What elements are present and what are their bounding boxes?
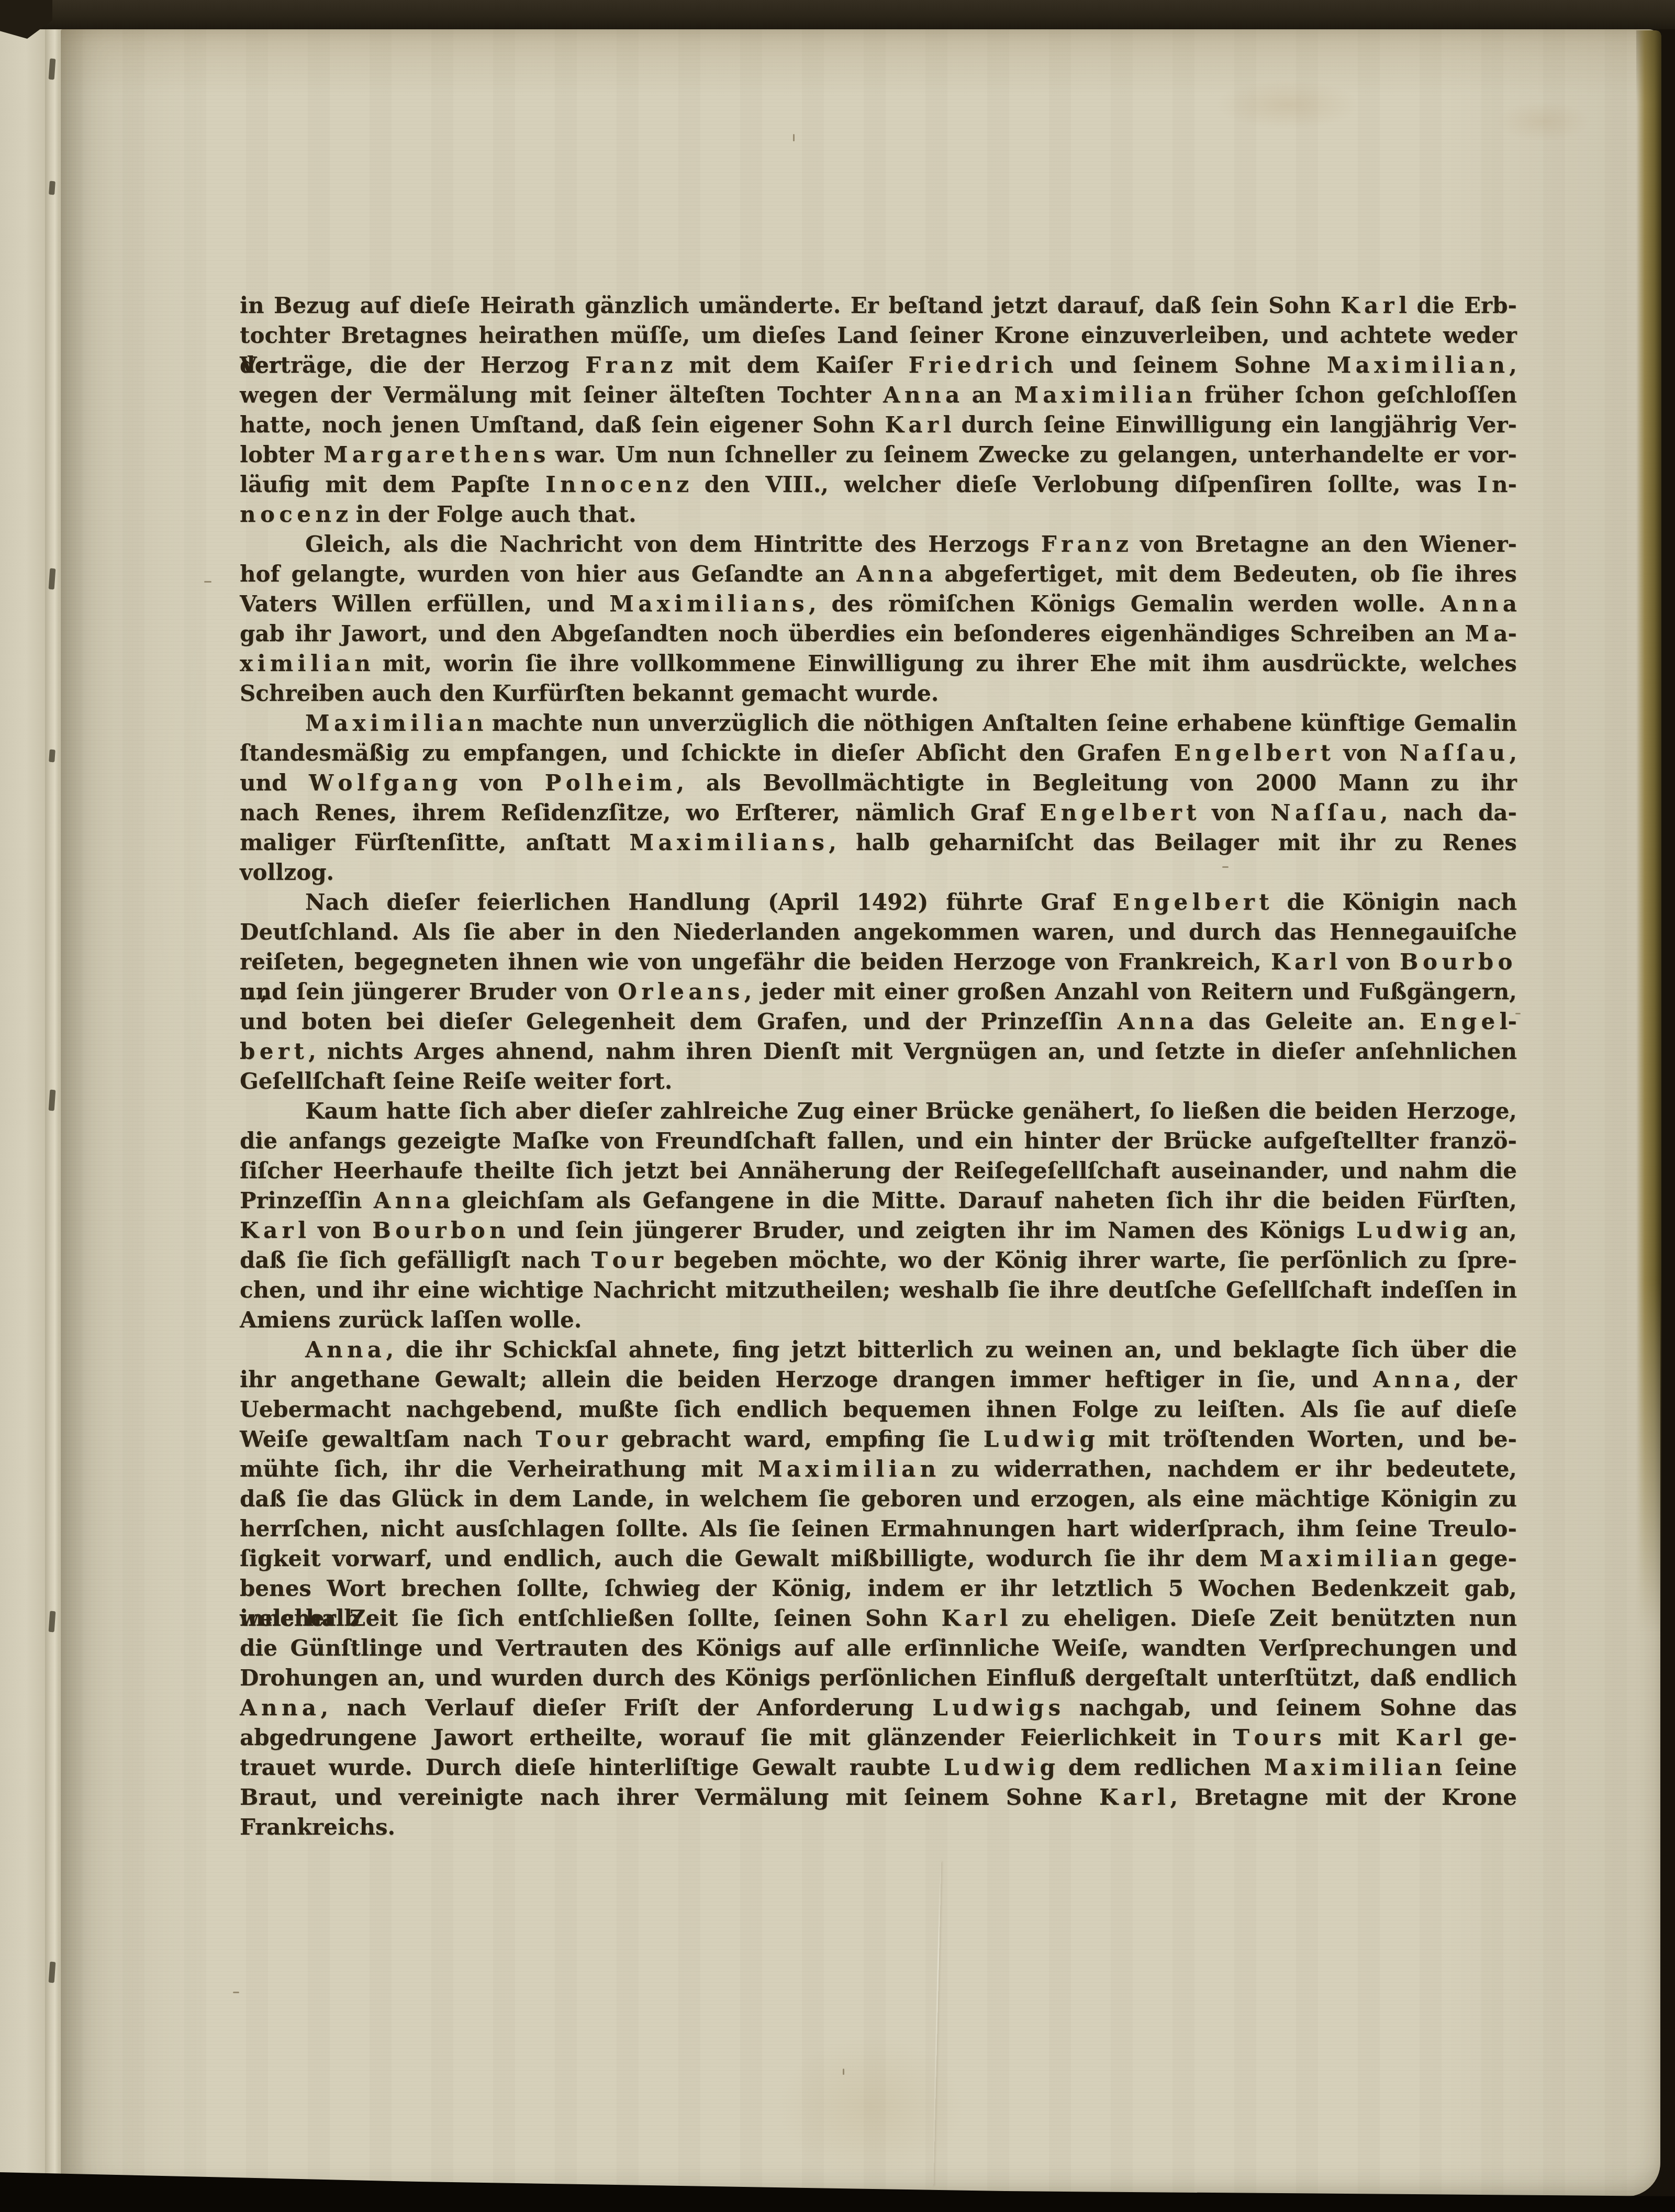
paragraph: Nach dieſer feierlichen Handlung (April … <box>240 887 1517 1096</box>
text-line: maliger Fürſtenſitte, anſtatt M a x i m … <box>240 828 1517 857</box>
text-line: und boten bei dieſer Gelegenheit dem Gra… <box>240 1007 1517 1036</box>
page-text: in Bezug auf dieſe Heirath gänzlich umän… <box>240 291 1517 1842</box>
text-line: herrſchen, nicht ausſchlagen ſollte. Als… <box>240 1514 1517 1544</box>
text-line: die Günſtlinge und Vertrauten des Königs… <box>240 1633 1517 1663</box>
paragraph: in Bezug auf dieſe Heirath gänzlich umän… <box>240 291 1517 529</box>
paragraph: A n n a , die ihr Schickſal ahnete, fing… <box>240 1335 1517 1842</box>
book-page: in Bezug auf dieſe Heirath gänzlich umän… <box>61 29 1660 2196</box>
text-line: chen, und ihr eine wichtige Nachricht mi… <box>240 1275 1517 1305</box>
text-line: Amiens zurück laſſen wolle. <box>240 1305 1517 1335</box>
text-line: Braut, und vereinigte nach ihrer Vermälu… <box>240 1782 1517 1812</box>
text-line: Verträge, die der Herzog F r a n z mit d… <box>240 350 1517 380</box>
binding-stitch <box>49 181 55 195</box>
paper-stain <box>1214 80 1361 130</box>
text-line: daß ſie das Glück in dem Lande, in welch… <box>240 1484 1517 1514</box>
text-line: die anfangs gezeigte Maſke von Freundſch… <box>240 1126 1517 1156</box>
text-line: ihr angethane Gewalt; allein die beiden … <box>240 1365 1517 1394</box>
text-line: Kaum hatte ſich aber dieſer zahlreiche Z… <box>240 1096 1517 1126</box>
text-line: gab ihr Jawort, und den Abgeſandten noch… <box>240 619 1517 649</box>
previous-page-edge <box>0 29 47 2175</box>
text-line: Geſellſchaft ſeine Reiſe weiter fort. <box>240 1066 1517 1096</box>
text-line: Prinzeſſin A n n a gleichſam als Gefange… <box>240 1186 1517 1215</box>
text-line: ſiſcher Heerhaufe theilte ſich jetzt bei… <box>240 1156 1517 1186</box>
paper-fiber <box>204 581 211 583</box>
text-line: Vaters Willen erfüllen, und M a x i m i … <box>240 589 1517 619</box>
text-line: K a r l von B o u r b o n und ſein jünge… <box>240 1215 1517 1245</box>
text-line: hof gelangte, wurden von hier aus Geſand… <box>240 559 1517 589</box>
text-line: A n n a , nach Verlauf dieſer Friſt der … <box>240 1693 1517 1723</box>
text-line: n o c e n z in der Folge auch that. <box>240 499 1517 529</box>
text-line: und ſein jüngerer Bruder von O r l e a n… <box>240 977 1517 1007</box>
text-line: hatte, noch jenen Umſtand, daß ſein eige… <box>240 410 1517 440</box>
paragraph: M a x i m i l i a n machte nun unverzügl… <box>240 708 1517 887</box>
page-gilt-edge <box>1636 30 1661 1632</box>
binding-stitch <box>49 750 55 763</box>
text-line: Nach dieſer feierlichen Handlung (April … <box>240 887 1517 917</box>
paper-fiber <box>233 1992 239 1993</box>
text-line: nach Renes, ihrem Reſidenzſitze, wo Erſt… <box>240 798 1517 828</box>
paper-stain <box>1496 102 1590 141</box>
text-line: daß ſie ſich gefälligſt nach T o u r beg… <box>240 1245 1517 1275</box>
text-line: x i m i l i a n mit, worin ſie ihre voll… <box>240 649 1517 678</box>
paper-fiber <box>793 134 795 141</box>
text-line: Gleich, als die Nachricht von dem Hintri… <box>240 529 1517 559</box>
paragraph: Gleich, als die Nachricht von dem Hintri… <box>240 529 1517 708</box>
text-line: trauet wurde. Durch dieſe hinterliſtige … <box>240 1752 1517 1782</box>
text-line: M a x i m i l i a n machte nun unverzügl… <box>240 708 1517 738</box>
text-line: Drohungen an, und wurden durch des König… <box>240 1663 1517 1693</box>
text-line: Uebermacht nachgebend, mußte ſich endlic… <box>240 1394 1517 1424</box>
text-line: und W o l f g a n g von P o l h e i m , … <box>240 768 1517 798</box>
text-line: wegen der Vermälung mit ſeiner älteſten … <box>240 380 1517 410</box>
paper-stain <box>777 2034 965 2181</box>
text-line: läufig mit dem Papſte I n n o c e n z de… <box>240 470 1517 499</box>
text-line: ſigkeit vorwarf, und endlich, auch die G… <box>240 1544 1517 1573</box>
text-line: Frankreichs. <box>240 1812 1517 1842</box>
text-line: abgedrungene Jawort ertheilte, worauf ſi… <box>240 1723 1517 1752</box>
text-line: Weiſe gewaltſam nach T o u r gebracht wa… <box>240 1424 1517 1454</box>
text-line: in Bezug auf dieſe Heirath gänzlich umän… <box>240 291 1517 320</box>
text-line: Deutſchland. Als ſie aber in den Niederl… <box>240 917 1517 947</box>
text-line: lobter M a r g a r e t h e n s war. Um n… <box>240 440 1517 470</box>
text-line: welcher Zeit ſie ſich entſchließen ſollt… <box>240 1603 1517 1633</box>
text-line: Schreiben auch den Kurfürſten bekannt ge… <box>240 678 1517 708</box>
text-line: ſtandesmäßig zu empfangen, und ſchickte … <box>240 738 1517 768</box>
text-line: A n n a , die ihr Schickſal ahnete, fing… <box>240 1335 1517 1365</box>
paragraph: Kaum hatte ſich aber dieſer zahlreiche Z… <box>240 1096 1517 1335</box>
text-line: tochter Bretagnes heirathen müſſe, um di… <box>240 320 1517 350</box>
text-line: benes Wort brechen ſollte, ſchwieg der K… <box>240 1573 1517 1603</box>
book-scan: in Bezug auf dieſe Heirath gänzlich umän… <box>0 0 1675 2212</box>
paper-fiber <box>843 2069 844 2075</box>
text-line: b e r t , nichts Arges ahnend, nahm ihre… <box>240 1036 1517 1066</box>
text-line: reiſeten, begegneten ihnen wie von ungef… <box>240 947 1517 977</box>
text-line: mühte ſich, ihr die Verheirathung mit M … <box>240 1454 1517 1484</box>
text-line: vollzog. <box>240 857 1517 887</box>
scan-background-top <box>0 0 1675 29</box>
